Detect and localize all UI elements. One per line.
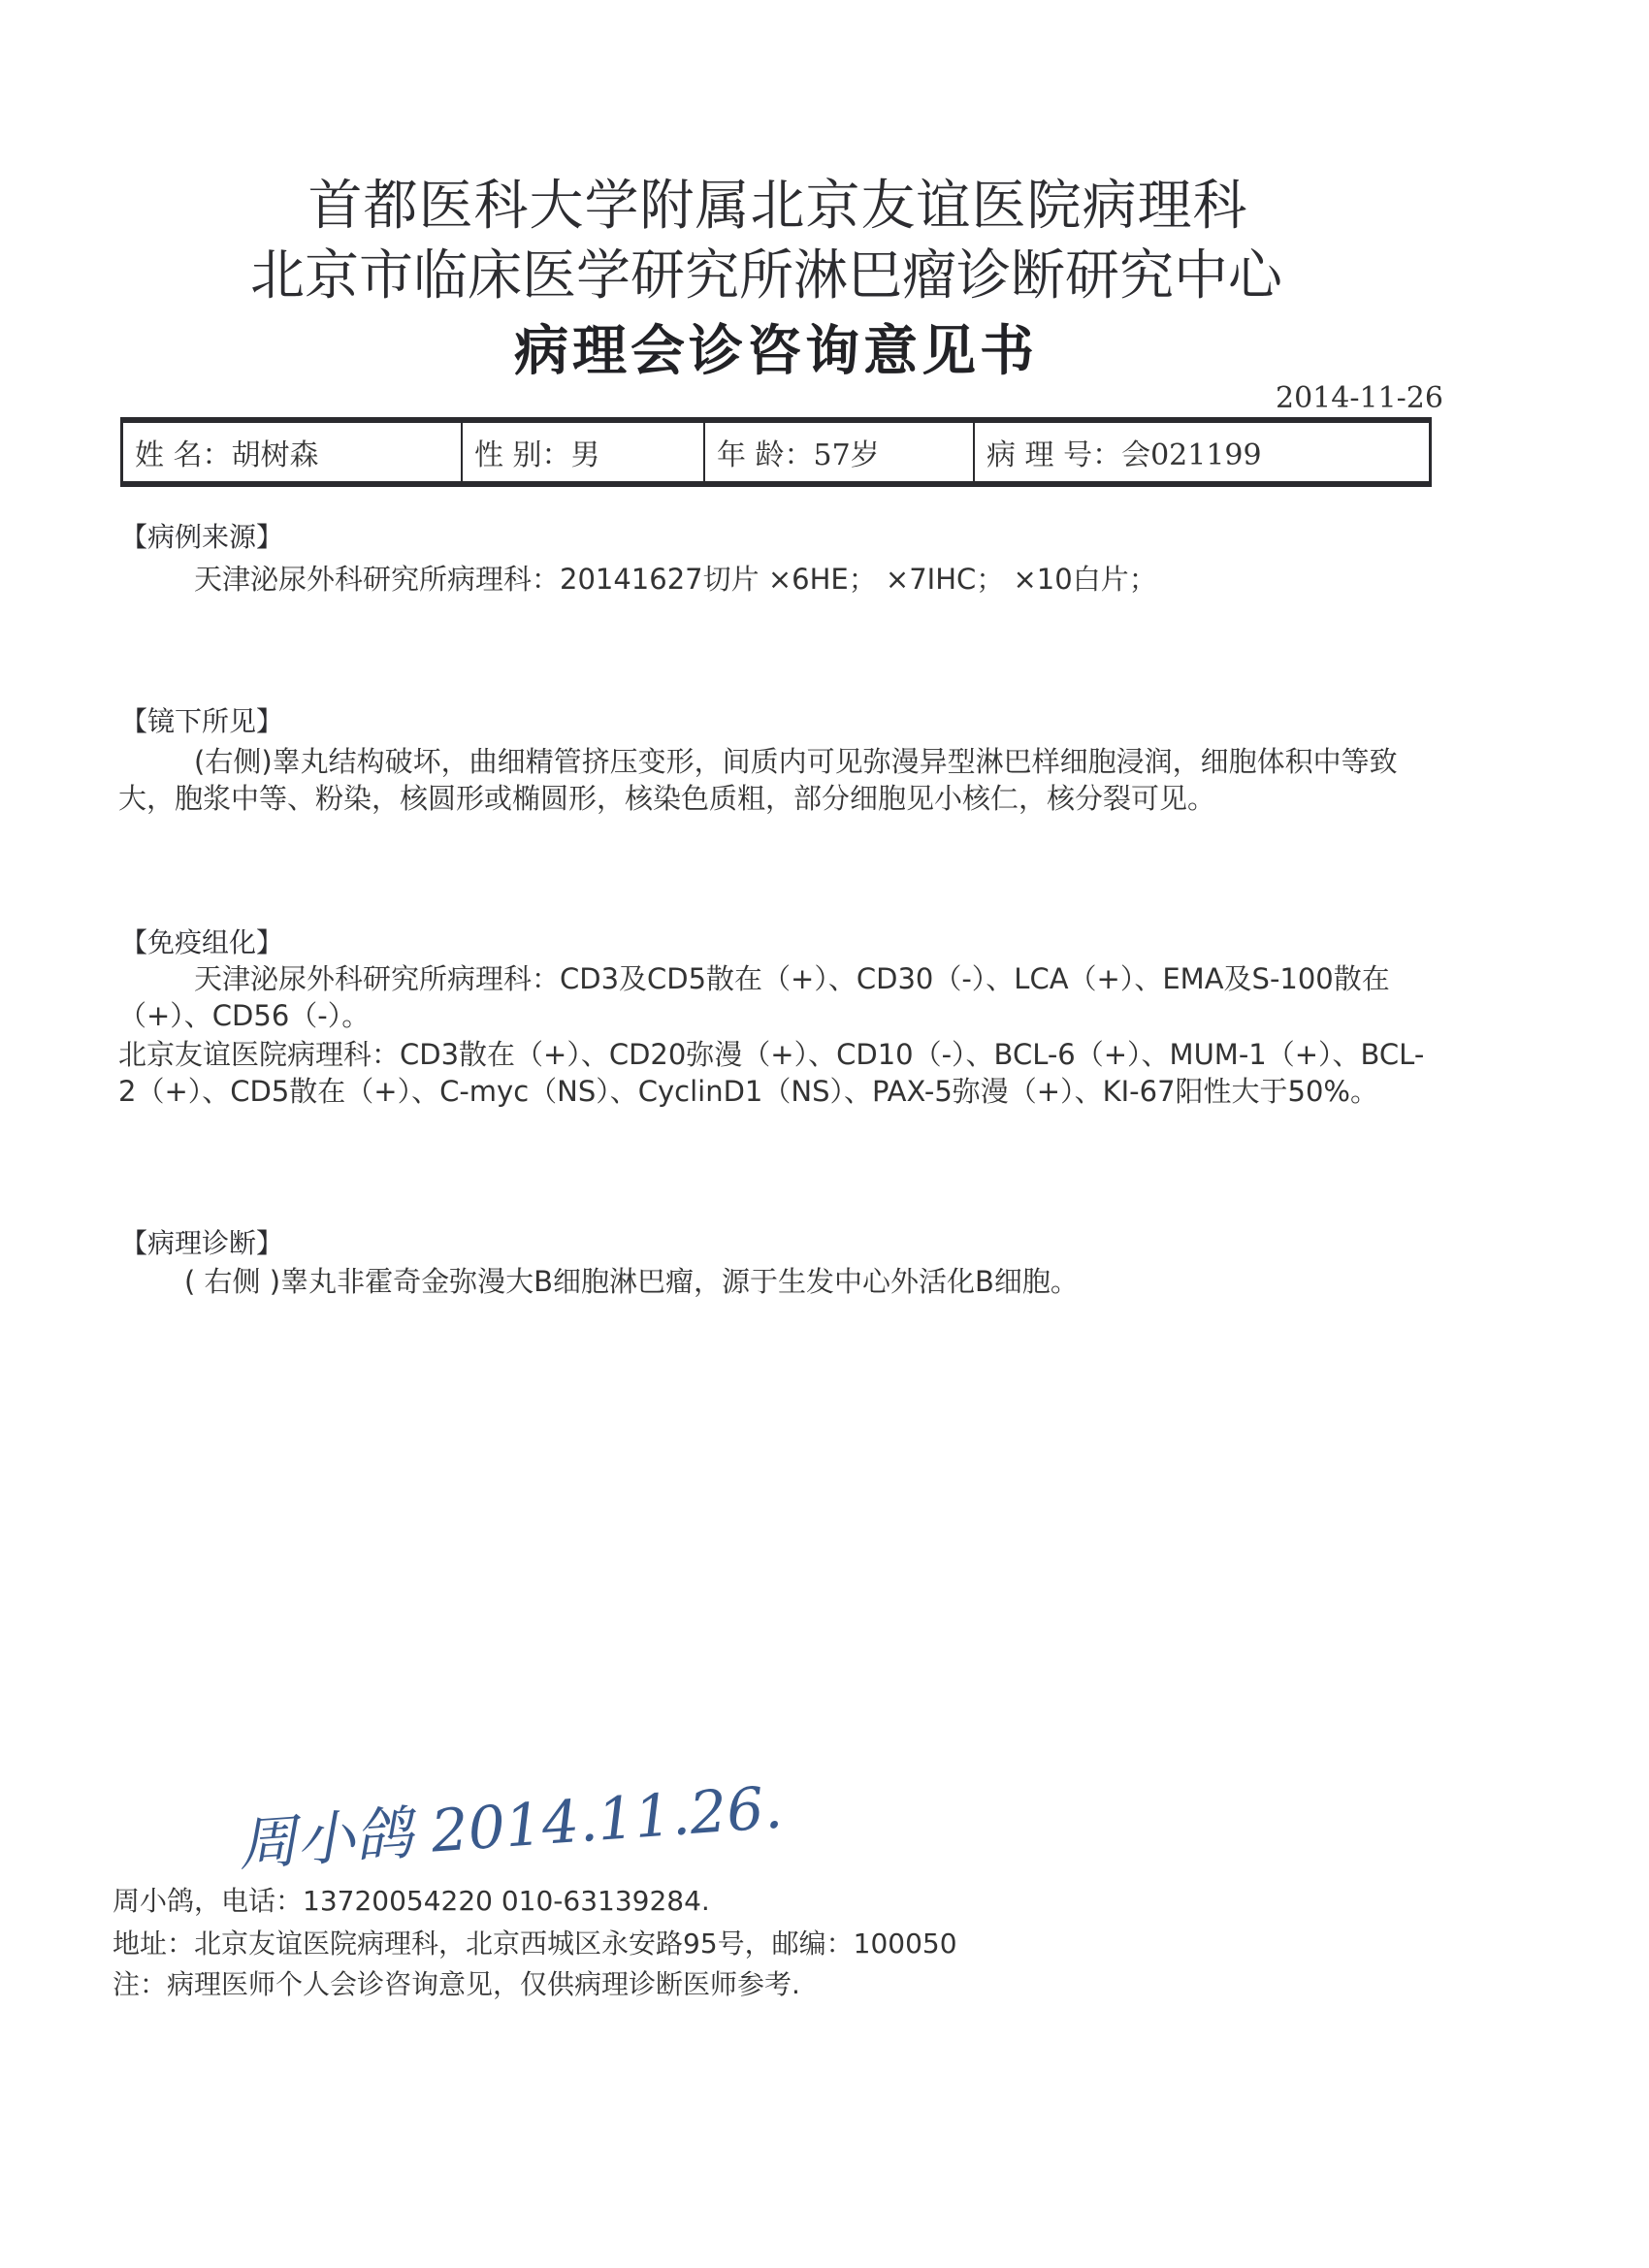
microscopic-text: (右侧)睾丸结构破坏，曲细精管挤压变形，间质内可见弥漫异型淋巴样细胞浸润，细胞体… <box>118 743 1438 817</box>
ihc-beijing-text: 北京友谊医院病理科：CD3散在（+）、CD20弥漫（+）、CD10（-）、BCL… <box>118 1036 1438 1110</box>
patient-sex-value: 男 <box>571 431 600 473</box>
diagnosis-text: ( 右侧 )睾丸非霍奇金弥漫大B细胞淋巴瘤，源于生发中心外活化B细胞。 <box>184 1263 1079 1300</box>
footer-contact: 周小鸽，电话：13720054220 010-63139284. <box>113 1880 710 1919</box>
patient-age-value: 57岁 <box>814 431 880 473</box>
ihc-tianjin-text: 天津泌尿外科研究所病理科：CD3及CD5散在（+）、CD30（-）、LCA（+）… <box>118 960 1438 1034</box>
patient-age-cell: 年 龄： 57岁 <box>705 423 975 481</box>
document-title: 病理会诊咨询意见书 <box>0 308 1600 386</box>
pathology-number-label: 病 理 号： <box>986 431 1121 473</box>
case-source-heading: 【病例来源】 <box>120 516 283 555</box>
microscopic-heading: 【镜下所见】 <box>120 700 283 739</box>
institution-line-1: 首都医科大学附属北京友谊医院病理科 <box>0 163 1602 241</box>
patient-name-value: 胡树森 <box>232 431 319 473</box>
patient-name-label: 姓 名： <box>135 431 232 473</box>
patient-info-table: 姓 名： 胡树森 性 别： 男 年 龄： 57岁 病 理 号： 会021199 <box>120 417 1432 487</box>
institution-line-2: 北京市临床医学研究所淋巴瘤诊断研究中心 <box>0 233 1591 310</box>
patient-name-cell: 姓 名： 胡树森 <box>123 423 463 481</box>
patient-sex-cell: 性 别： 男 <box>463 423 705 481</box>
patient-sex-label: 性 别： <box>474 431 571 473</box>
patient-age-label: 年 龄： <box>717 431 814 473</box>
footer-address: 地址：北京友谊医院病理科，北京西城区永安路95号，邮编：100050 <box>113 1923 957 1961</box>
report-date: 2014-11-26 <box>1276 381 1443 415</box>
case-source-text: 天津泌尿外科研究所病理科：20141627切片 ×6HE； ×7IHC； ×10… <box>194 561 1157 598</box>
pathology-number-cell: 病 理 号： 会021199 <box>975 423 1429 481</box>
diagnosis-heading: 【病理诊断】 <box>120 1222 283 1261</box>
handwritten-signature: 周小鸽 2014.11.26. <box>236 1762 785 1883</box>
ihc-heading: 【免疫组化】 <box>120 922 283 960</box>
pathology-number-value: 会021199 <box>1121 431 1262 473</box>
footer-note: 注：病理医师个人会诊咨询意见，仅供病理诊断医师参考. <box>113 1963 800 2002</box>
